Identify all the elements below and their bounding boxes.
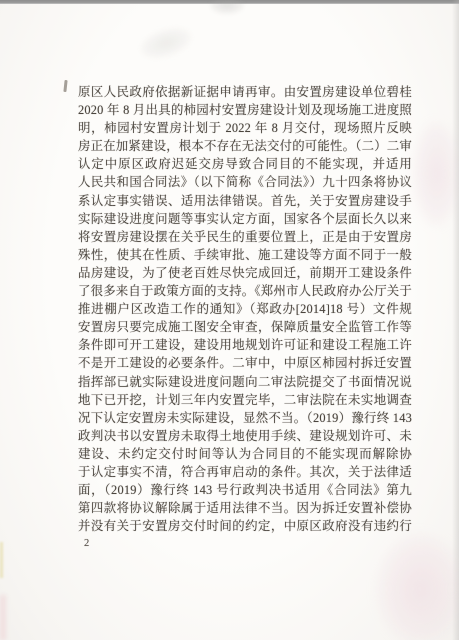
scan-smudge	[137, 23, 194, 64]
text-line: 推进棚户区改造工作的通知》（郑政办[2014]18 号）文件规定，	[78, 300, 412, 318]
text-line: 原区人民政府依据新证据申请再审。由安置房建设单位碧桂园于	[78, 83, 412, 101]
text-line: 了很多来自于政策方面的支持。《郑州市人民政府办公厅关于加快	[78, 282, 412, 300]
text-line: 第四款将协议解除属于适用法律不当。因为拆迁安置补偿协议中	[78, 499, 412, 517]
stray-mark	[63, 80, 67, 92]
text-line: 将安置房建设摆在关乎民生的重要位置上，正是由于安置房的特	[78, 228, 412, 246]
scan-stain	[0, 595, 6, 640]
text-line: 认定中原区政府迟延交房导致合同目的不能实现，并适用《中华	[78, 155, 412, 173]
text-line: 品房建设，为了使老百姓尽快完成回迁，前期开工建设条件获得	[78, 264, 412, 282]
text-line: 2020 年 8 月出具的柿园村安置房建设计划及现场施工进度照片表	[78, 101, 412, 119]
text-line: 明，柿园村安置房计划于 2022 年 8 月交付，现场照片反映出安置	[78, 119, 412, 137]
text-line: 并没有关于安置房交付时间的约定，中原区政府没有违约行为，	[78, 517, 412, 535]
text-line: 指挥部已就实际建设进度问题向二审法院提交了书面情况说明，	[78, 373, 412, 391]
text-line: 政判决书以安置房未取得土地使用手续、建设规划许可、未实际	[78, 427, 412, 445]
scan-stain	[0, 542, 3, 578]
scan-stain	[378, 535, 459, 640]
scanner-edge-bar	[0, 0, 459, 4]
page-number: 2	[84, 538, 89, 549]
text-line: 况下认定安置房未实际建设，显然不当。（2019）豫行终 143 号行	[78, 409, 412, 427]
text-line: 建设、未约定交付时间等认为合同目的不能实现而解除协议，属	[78, 445, 412, 463]
scanned-document-page: 原区人民政府依据新证据申请再审。由安置房建设单位碧桂园于2020 年 8 月出具…	[0, 0, 459, 640]
text-line: 条件即可开工建设，建设用地规划许可证和建设工程施工许可证	[78, 336, 412, 354]
page-edge-shadow	[452, 0, 459, 640]
text-line: 房正在加紧建设，根本不存在无法交付的可能性。（二）二审判决	[78, 137, 412, 155]
document-body-text: 原区人民政府依据新证据申请再审。由安置房建设单位碧桂园于2020 年 8 月出具…	[78, 83, 412, 535]
text-line: 地下已开挖，计划三年内安置完毕，二审法院在未实地调查的情	[78, 391, 412, 409]
text-line: 殊性，使其在性质、手续审批、施工建设等方面不同于一般的商	[78, 246, 412, 264]
text-line: 系认定事实错误、适用法律错误。首先，关于安置房建设手续及	[78, 192, 412, 210]
text-line: 实际建设进度问题等事实认定方面，国家各个层面长久以来一直	[78, 210, 412, 228]
text-line: 面，（2019）豫行终 143 号行政判决书适用《合同法》第九十四条	[78, 481, 412, 499]
text-line: 于认定事实不清，符合再审启动的条件。其次，关于法律适用方	[78, 463, 412, 481]
text-line: 人民共和国合同法》（以下简称《合同法》）九十四条将协议解除	[78, 173, 412, 191]
text-line: 安置房只要完成施工图安全审查，保障质量安全监管工作等必要	[78, 318, 412, 336]
text-line: 不是开工建设的必要条件。二审中，中原区柿园村拆迁安置工作	[78, 354, 412, 372]
